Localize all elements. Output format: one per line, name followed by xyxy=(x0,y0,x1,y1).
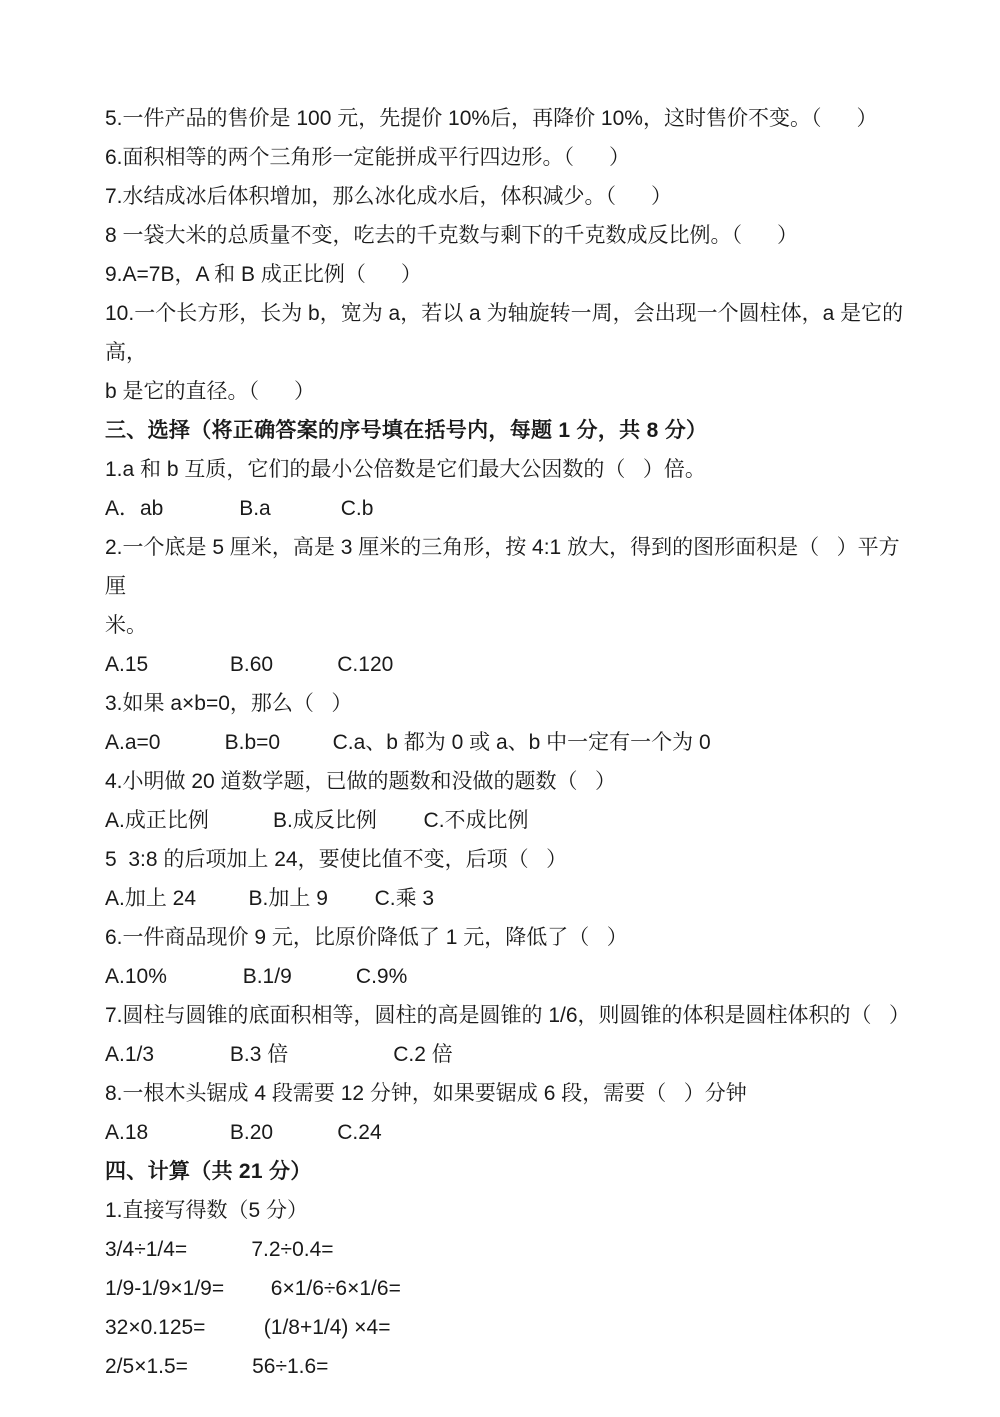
calc-expression-line: 32×0.125= (1/8+1/4) ×4= xyxy=(105,1308,905,1347)
question-line: 6.一件商品现价 9 元，比原价降低了 1 元，降低了（ ） xyxy=(105,918,905,957)
continuation-line: 米。 xyxy=(105,606,905,645)
option-line: A.a=0 B.b=0 C.a、b 都为 0 或 a、b 中一定有一个为 0 xyxy=(105,723,905,762)
calc-expression-line: 1/9-1/9×1/9= 6×1/6÷6×1/6= xyxy=(105,1269,905,1308)
question-line: 5 3:8 的后项加上 24，要使比值不变，后项（ ） xyxy=(105,840,905,879)
question-line: 8 一袋大米的总质量不变，吃去的千克数与剩下的千克数成反比例。（ ） xyxy=(105,216,905,255)
question-line: 5.一件产品的售价是 100 元，先提价 10%后，再降价 10%，这时售价不变… xyxy=(105,99,905,138)
question-line: 6.面积相等的两个三角形一定能拼成平行四边形。（ ） xyxy=(105,138,905,177)
option-line: A.加上 24 B.加上 9 C.乘 3 xyxy=(105,879,905,918)
continuation-line: b 是它的直径。（ ） xyxy=(105,372,905,411)
calc-expression-line: 3/4÷1/4= 7.2÷0.4= xyxy=(105,1230,905,1269)
question-line: 9.A=7B，A 和 B 成正比例（ ） xyxy=(105,255,905,294)
option-line: A.10% B.1/9 C.9% xyxy=(105,957,905,996)
section-heading: 三、选择（将正确答案的序号填在括号内，每题 1 分，共 8 分） xyxy=(105,411,905,450)
question-line: 3.如果 a×b=0，那么（ ） xyxy=(105,684,905,723)
section-heading: 四、计算（共 21 分） xyxy=(105,1152,905,1191)
question-line: 1.直接写得数（5 分） xyxy=(105,1191,905,1230)
question-line: 7.圆柱与圆锥的底面积相等，圆柱的高是圆锥的 1/6，则圆锥的体积是圆柱体积的（… xyxy=(105,996,905,1035)
option-line: A.18 B.20 C.24 xyxy=(105,1113,905,1152)
question-line: 7.水结成冰后体积增加，那么冰化成水后，体积减少。（ ） xyxy=(105,177,905,216)
option-line: A.成正比例 B.成反比例 C.不成比例 xyxy=(105,801,905,840)
question-line: 10.一个长方形，长为 b，宽为 a，若以 a 为轴旋转一周，会出现一个圆柱体，… xyxy=(105,294,905,372)
exam-document-page: 5.一件产品的售价是 100 元，先提价 10%后，再降价 10%，这时售价不变… xyxy=(0,0,1000,1417)
question-line: 8.一根木头锯成 4 段需要 12 分钟，如果要锯成 6 段，需要（ ）分钟 xyxy=(105,1074,905,1113)
question-line: 1.a 和 b 互质，它们的最小公倍数是它们最大公因数的（ ）倍。 xyxy=(105,450,905,489)
calc-expression-line: 2/5×1.5= 56÷1.6= xyxy=(105,1347,905,1386)
option-line: A.15 B.60 C.120 xyxy=(105,645,905,684)
option-line: A．ab B.a C.b xyxy=(105,489,905,528)
question-line: 2.一个底是 5 厘米，高是 3 厘米的三角形，按 4:1 放大，得到的图形面积… xyxy=(105,528,905,606)
question-line: 4.小明做 20 道数学题，已做的题数和没做的题数（ ） xyxy=(105,762,905,801)
document-body: 5.一件产品的售价是 100 元，先提价 10%后，再降价 10%，这时售价不变… xyxy=(105,99,905,1386)
option-line: A.1/3 B.3 倍 C.2 倍 xyxy=(105,1035,905,1074)
